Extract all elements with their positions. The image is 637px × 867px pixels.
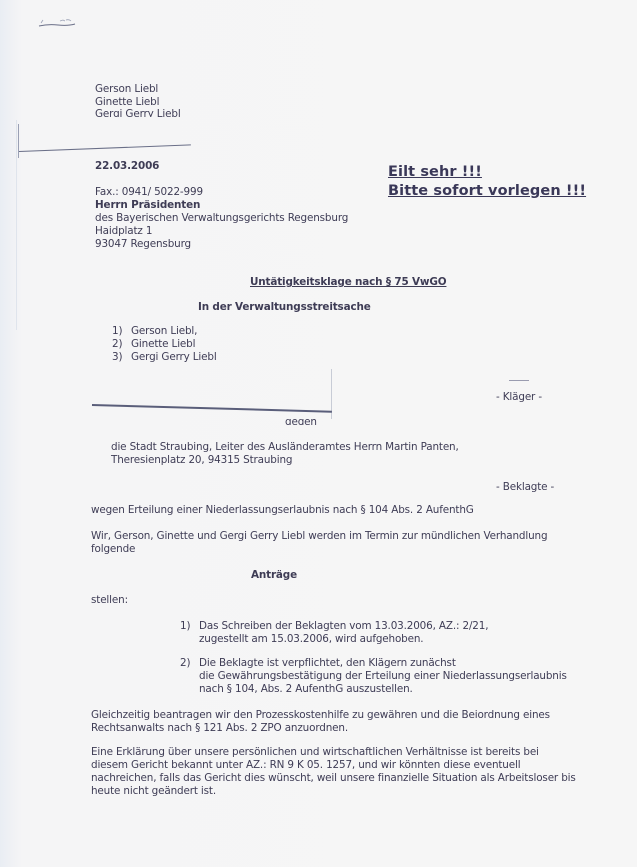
recipient-court: des Bayerischen Verwaltungsgerichts Rege… (95, 212, 348, 225)
list-number: 2) (180, 657, 190, 670)
paragraph-line: diesem Gericht bekannt unter AZ.: RN 9 K… (91, 759, 520, 772)
urgent-line: Eilt sehr !!! (388, 163, 482, 182)
list-number: 1) (112, 325, 122, 337)
recipient-addressee: Herrn Präsidenten (95, 199, 200, 212)
motions-lead: stellen: (91, 594, 128, 607)
pasted-strip-bottom-edge (92, 404, 332, 413)
recipient-fax: Fax.: 0941/ 5022-999 (95, 186, 203, 199)
scan-edge-shadow (16, 120, 17, 330)
recipient-street: Haidplatz 1 (95, 225, 152, 238)
pasted-strip-edge (18, 124, 191, 158)
defendant-label: - Beklagte - (496, 481, 554, 494)
motion-line: die Gewährungsbestätigung der Erteilung … (199, 670, 567, 683)
plaintiff-name: Gerson Liebl, (131, 325, 197, 338)
urgent-line: Bitte sofort vorlegen !!! (388, 182, 586, 201)
paragraph-line: Gleichzeitig beantragen wir den Prozessk… (91, 709, 550, 722)
plaintiff-label: - Kläger - (496, 391, 542, 404)
dash-mark (509, 380, 529, 381)
motions-heading: Anträge (251, 569, 297, 582)
intro-line: Wir, Gerson, Ginette und Gergi Gerry Lie… (91, 530, 547, 543)
letter-date: 22.03.2006 (95, 160, 159, 173)
motion-line: Das Schreiben der Beklagten vom 13.03.20… (199, 620, 488, 633)
paragraph-line: Rechtsanwalts nach § 121 Abs. 2 ZPO anzu… (91, 722, 348, 735)
versus-label: gegen (285, 416, 317, 425)
list-item: 3) (112, 351, 122, 364)
handwritten-mark-icon (38, 18, 76, 28)
plaintiff-name: Ginette Liebl (131, 338, 195, 351)
paragraph-line: Eine Erklärung über unsere persönlichen … (91, 746, 539, 759)
list-number: 2) (112, 338, 122, 350)
motion-line: Die Beklagte ist verpflichtet, den Kläge… (199, 657, 456, 670)
motion-line: nach § 104, Abs. 2 AufenthG auszustellen… (199, 683, 413, 696)
list-number: 3) (112, 351, 122, 363)
recipient-city: 93047 Regensburg (95, 238, 191, 251)
sender-name-cut: Gergi Gerry Liebl (95, 108, 181, 117)
paragraph-line: nachreichen, falls das Gericht dies wüns… (91, 772, 576, 785)
subject-heading: Untätigkeitsklage nach § 75 VwGO (250, 276, 446, 289)
motion-line: zugestellt am 15.03.2006, wird aufgehobe… (199, 633, 423, 646)
list-item: 1) (112, 325, 122, 338)
case-heading: In der Verwaltungsstreitsache (198, 301, 371, 314)
list-item: 2) (112, 338, 122, 351)
intro-line: folgende (91, 543, 135, 556)
sender-name: Gerson Liebl (95, 83, 158, 96)
defendant-line: Theresienplatz 20, 94315 Straubing (111, 454, 292, 467)
regarding-line: wegen Erteilung einer Niederlassungserla… (91, 504, 474, 517)
defendant-line: die Stadt Straubing, Leiter des Auslände… (111, 441, 459, 454)
plaintiff-name: Gergi Gerry Liebl (131, 351, 217, 364)
paragraph-line: heute nicht geändert ist. (91, 785, 216, 798)
scanned-page: Gerson Liebl Ginette Liebl Gergi Gerry L… (0, 0, 637, 867)
list-number: 1) (180, 620, 190, 633)
